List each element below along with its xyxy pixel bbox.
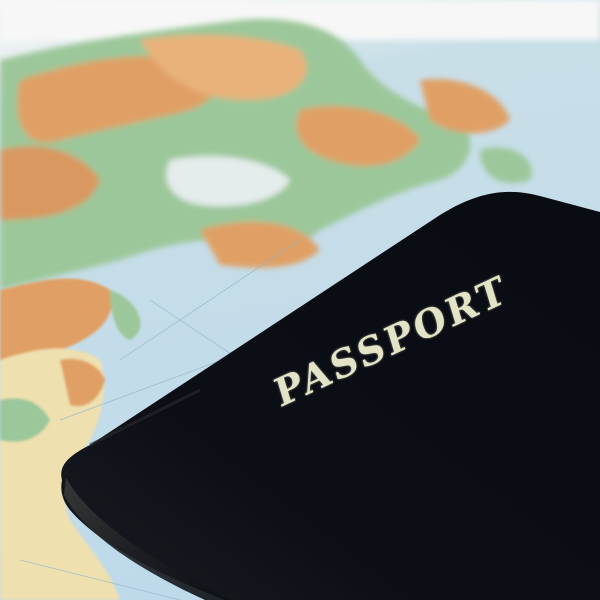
photo-scene: PASSPORT bbox=[0, 0, 600, 600]
passport bbox=[61, 192, 600, 600]
